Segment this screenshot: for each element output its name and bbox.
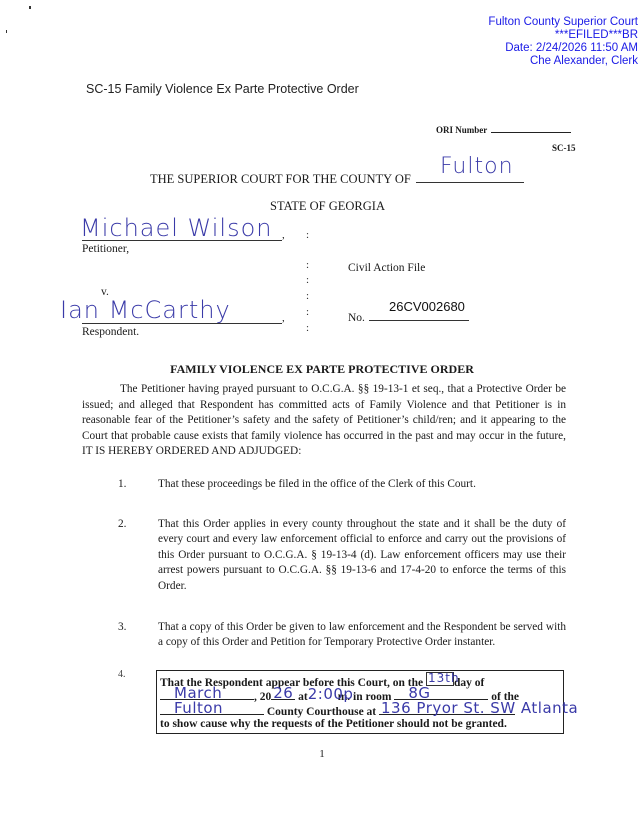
- stamp-date: Date: 2/24/2026 11:50 AM: [488, 42, 638, 55]
- petitioner-label: Petitioner,: [82, 243, 129, 255]
- court-heading: THE SUPERIOR COURT FOR THE COUNTY OF Ful…: [150, 168, 524, 187]
- ori-number: ORI Number: [436, 123, 571, 135]
- hearing-county-field[interactable]: Fulton: [160, 702, 264, 715]
- caption-colon: :: [306, 290, 309, 302]
- hearing-address: 136 Pryor St. SW Atlanta: [381, 701, 578, 717]
- hearing-year: 26: [273, 686, 293, 702]
- respondent-name: Ian McCarthy: [60, 296, 231, 324]
- ori-label: ORI Number: [436, 125, 487, 135]
- hearing-county: Fulton: [174, 701, 223, 717]
- stamp-court: Fulton County Superior Court: [488, 16, 638, 29]
- caption-colon: :: [306, 229, 309, 241]
- respondent-comma: ,: [282, 312, 285, 324]
- petitioner-field[interactable]: [82, 240, 282, 241]
- petitioner-name: Michael Wilson: [80, 214, 273, 242]
- court-prefix: THE SUPERIOR COURT FOR THE COUNTY OF: [150, 172, 411, 186]
- ori-number-field[interactable]: [491, 123, 571, 133]
- hearing-address-field[interactable]: 136 Pryor St. SW Atlanta: [379, 702, 515, 715]
- county-field[interactable]: Fulton: [416, 168, 524, 183]
- item-number: 2.: [118, 517, 126, 532]
- hearing-time: 2:00p: [308, 687, 354, 703]
- hearing-line-4: to show cause why the requests of the Pe…: [160, 717, 560, 732]
- hearing-line-3: Fulton County Courthouse at 136 Pryor St…: [160, 702, 560, 717]
- hearing-time-field[interactable]: 2:00p: [308, 688, 338, 700]
- caption-colon: :: [306, 322, 309, 334]
- hearing-year-field[interactable]: 26: [271, 687, 295, 700]
- item-number: 1.: [118, 477, 126, 492]
- caption-colon: :: [306, 259, 309, 271]
- stamp-status: ***EFILED***BR: [488, 29, 638, 42]
- caption-colon: :: [306, 274, 309, 286]
- case-number: 26CV002680: [389, 299, 465, 314]
- order-heading: FAMILY VIOLENCE EX PARTE PROTECTIVE ORDE…: [0, 362, 644, 377]
- form-code: SC-15: [552, 143, 576, 153]
- item-text: That these proceedings be filed in the o…: [158, 477, 566, 492]
- no-label: No.: [348, 312, 365, 324]
- state-heading: STATE OF GEORGIA: [270, 199, 385, 214]
- hearing-day: 13th: [428, 671, 460, 687]
- petitioner-comma: ,: [282, 229, 285, 241]
- order-preamble: The Petitioner having prayed pursuant to…: [82, 382, 566, 460]
- county-handwritten: Fulton: [440, 154, 514, 179]
- respondent-field[interactable]: [82, 323, 282, 324]
- efiling-stamp: Fulton County Superior Court ***EFILED**…: [488, 16, 638, 68]
- item-number: 3.: [118, 620, 126, 635]
- civil-action-label: Civil Action File: [348, 262, 425, 274]
- respondent-label: Respondent.: [82, 326, 139, 338]
- item-text: That this Order applies in every county …: [158, 517, 566, 594]
- caption-colon: :: [306, 306, 309, 318]
- page-number: 1: [0, 748, 644, 760]
- stamp-clerk: Che Alexander, Clerk: [488, 55, 638, 68]
- scan-artifact: [29, 6, 31, 9]
- item-text: That a copy of this Order be given to la…: [158, 620, 566, 651]
- hearing-notice-box: That the Respondent appear before this C…: [156, 670, 564, 734]
- scan-artifact: [6, 30, 7, 33]
- form-title: SC-15 Family Violence Ex Parte Protectiv…: [86, 82, 359, 96]
- item-number: 4.: [118, 669, 126, 680]
